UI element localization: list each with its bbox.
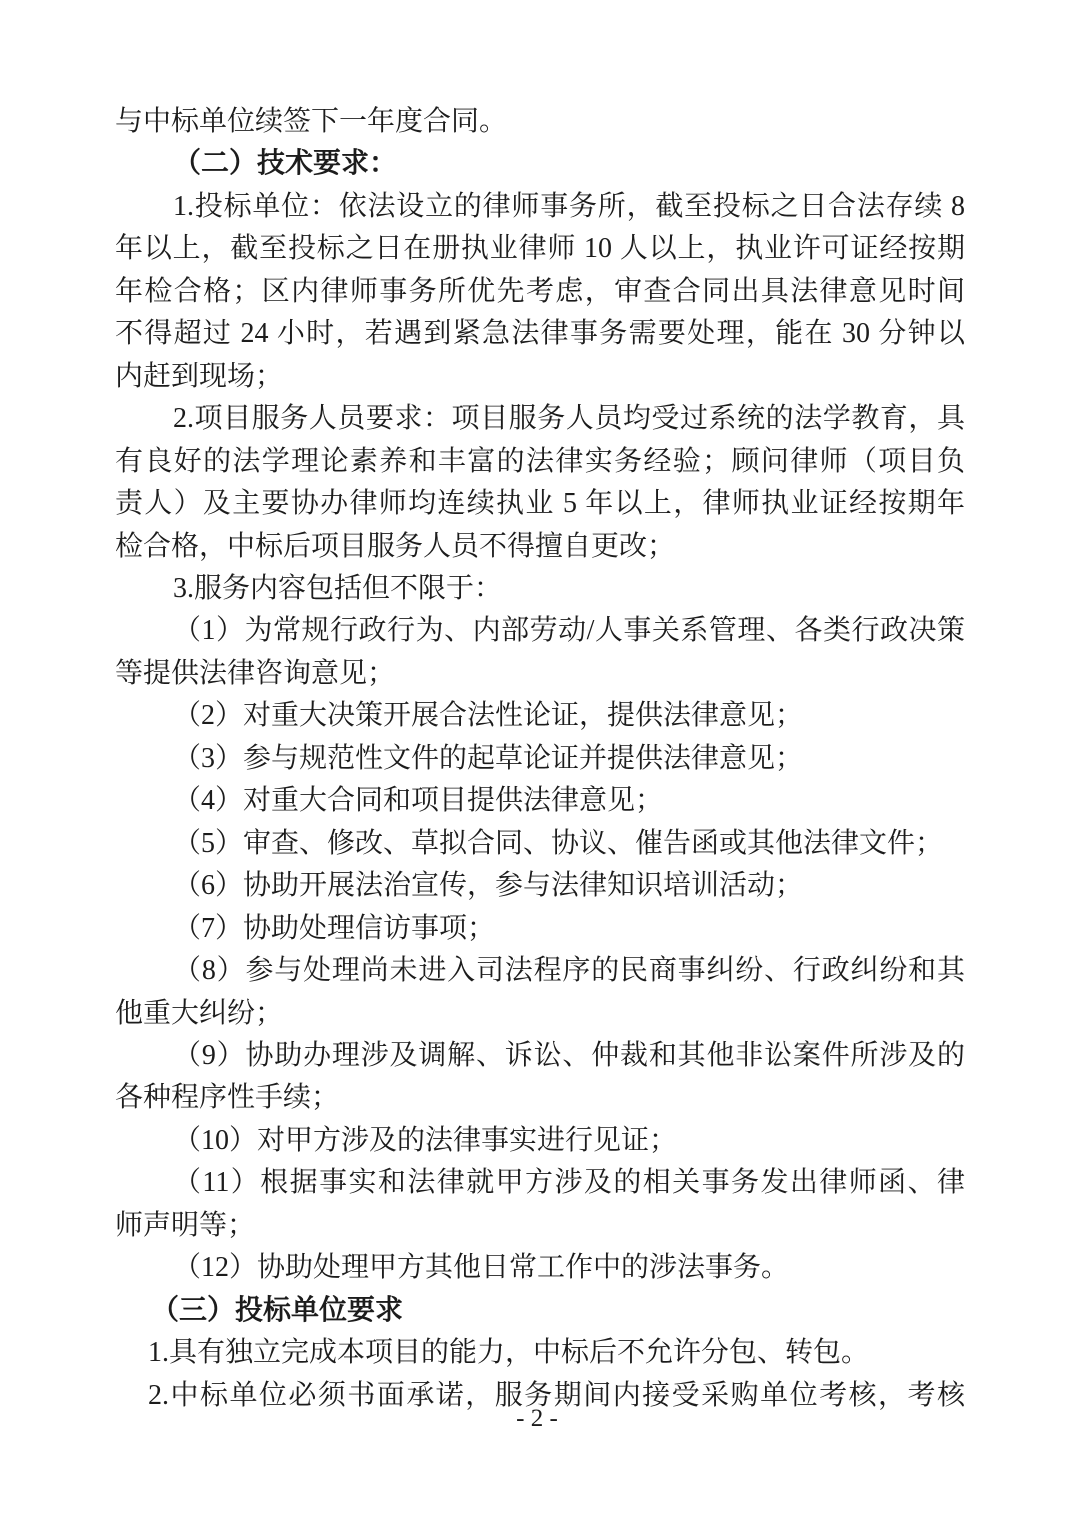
text-line: （8）参与处理尚未进入司法程序的民商事纠纷、行政纠纷和其 — [115, 950, 965, 992]
page-number: - 2 - — [0, 1404, 1074, 1434]
text-line: 与中标单位续签下一年度合同。 — [115, 101, 965, 143]
text-line: （9）协助办理涉及调解、诉讼、仲裁和其他非讼案件所涉及的 — [115, 1035, 965, 1077]
text-line: （3）参与规范性文件的起草论证并提供法律意见； — [115, 738, 965, 780]
text-line: （1）为常规行政行为、内部劳动/人事关系管理、各类行政决策 — [115, 610, 965, 652]
text-line: 1.具有独立完成本项目的能力，中标后不允许分包、转包。 — [115, 1332, 965, 1374]
text-line: 他重大纠纷； — [115, 993, 965, 1035]
text-line: 不得超过 24 小时，若遇到紧急法律事务需要处理，能在 30 分钟以 — [115, 313, 965, 355]
section-heading: （二）技术要求： — [115, 143, 965, 185]
text-line: 2.项目服务人员要求：项目服务人员均受过系统的法学教育，具 — [115, 398, 965, 440]
section-heading: （三）投标单位要求 — [115, 1290, 965, 1332]
text-line: 有良好的法学理论素养和丰富的法律实务经验；顾问律师（项目负 — [115, 441, 965, 483]
text-line: （5）审查、修改、草拟合同、协议、催告函或其他法律文件； — [115, 823, 965, 865]
text-line: 师声明等； — [115, 1205, 965, 1247]
text-line: 等提供法律咨询意见； — [115, 653, 965, 695]
text-line: 责人）及主要协办律师均连续执业 5 年以上，律师执业证经按期年 — [115, 483, 965, 525]
text-line: 3.服务内容包括但不限于： — [115, 568, 965, 610]
text-line: （6）协助开展法治宣传，参与法律知识培训活动； — [115, 865, 965, 907]
text-line: 各种程序性手续； — [115, 1077, 965, 1119]
document-page: 与中标单位续签下一年度合同。（二）技术要求：1.投标单位：依法设立的律师事务所，… — [0, 0, 1074, 1520]
text-line: （11）根据事实和法律就甲方涉及的相关事务发出律师函、律 — [115, 1162, 965, 1204]
text-line: （4）对重大合同和项目提供法律意见； — [115, 780, 965, 822]
text-line: （12）协助处理甲方其他日常工作中的涉法事务。 — [115, 1247, 965, 1289]
text-line: （2）对重大决策开展合法性论证，提供法律意见； — [115, 695, 965, 737]
text-line: （7）协助处理信访事项； — [115, 908, 965, 950]
text-line: 内赶到现场； — [115, 356, 965, 398]
text-line: 1.投标单位：依法设立的律师事务所，截至投标之日合法存续 8 — [115, 186, 965, 228]
text-line: 年检合格；区内律师事务所优先考虑，审查合同出具法律意见时间 — [115, 271, 965, 313]
text-line: （10）对甲方涉及的法律事实进行见证； — [115, 1120, 965, 1162]
text-line: 年以上，截至投标之日在册执业律师 10 人以上，执业许可证经按期 — [115, 228, 965, 270]
document-body: 与中标单位续签下一年度合同。（二）技术要求：1.投标单位：依法设立的律师事务所，… — [115, 101, 965, 1417]
text-line: 检合格，中标后项目服务人员不得擅自更改； — [115, 526, 965, 568]
